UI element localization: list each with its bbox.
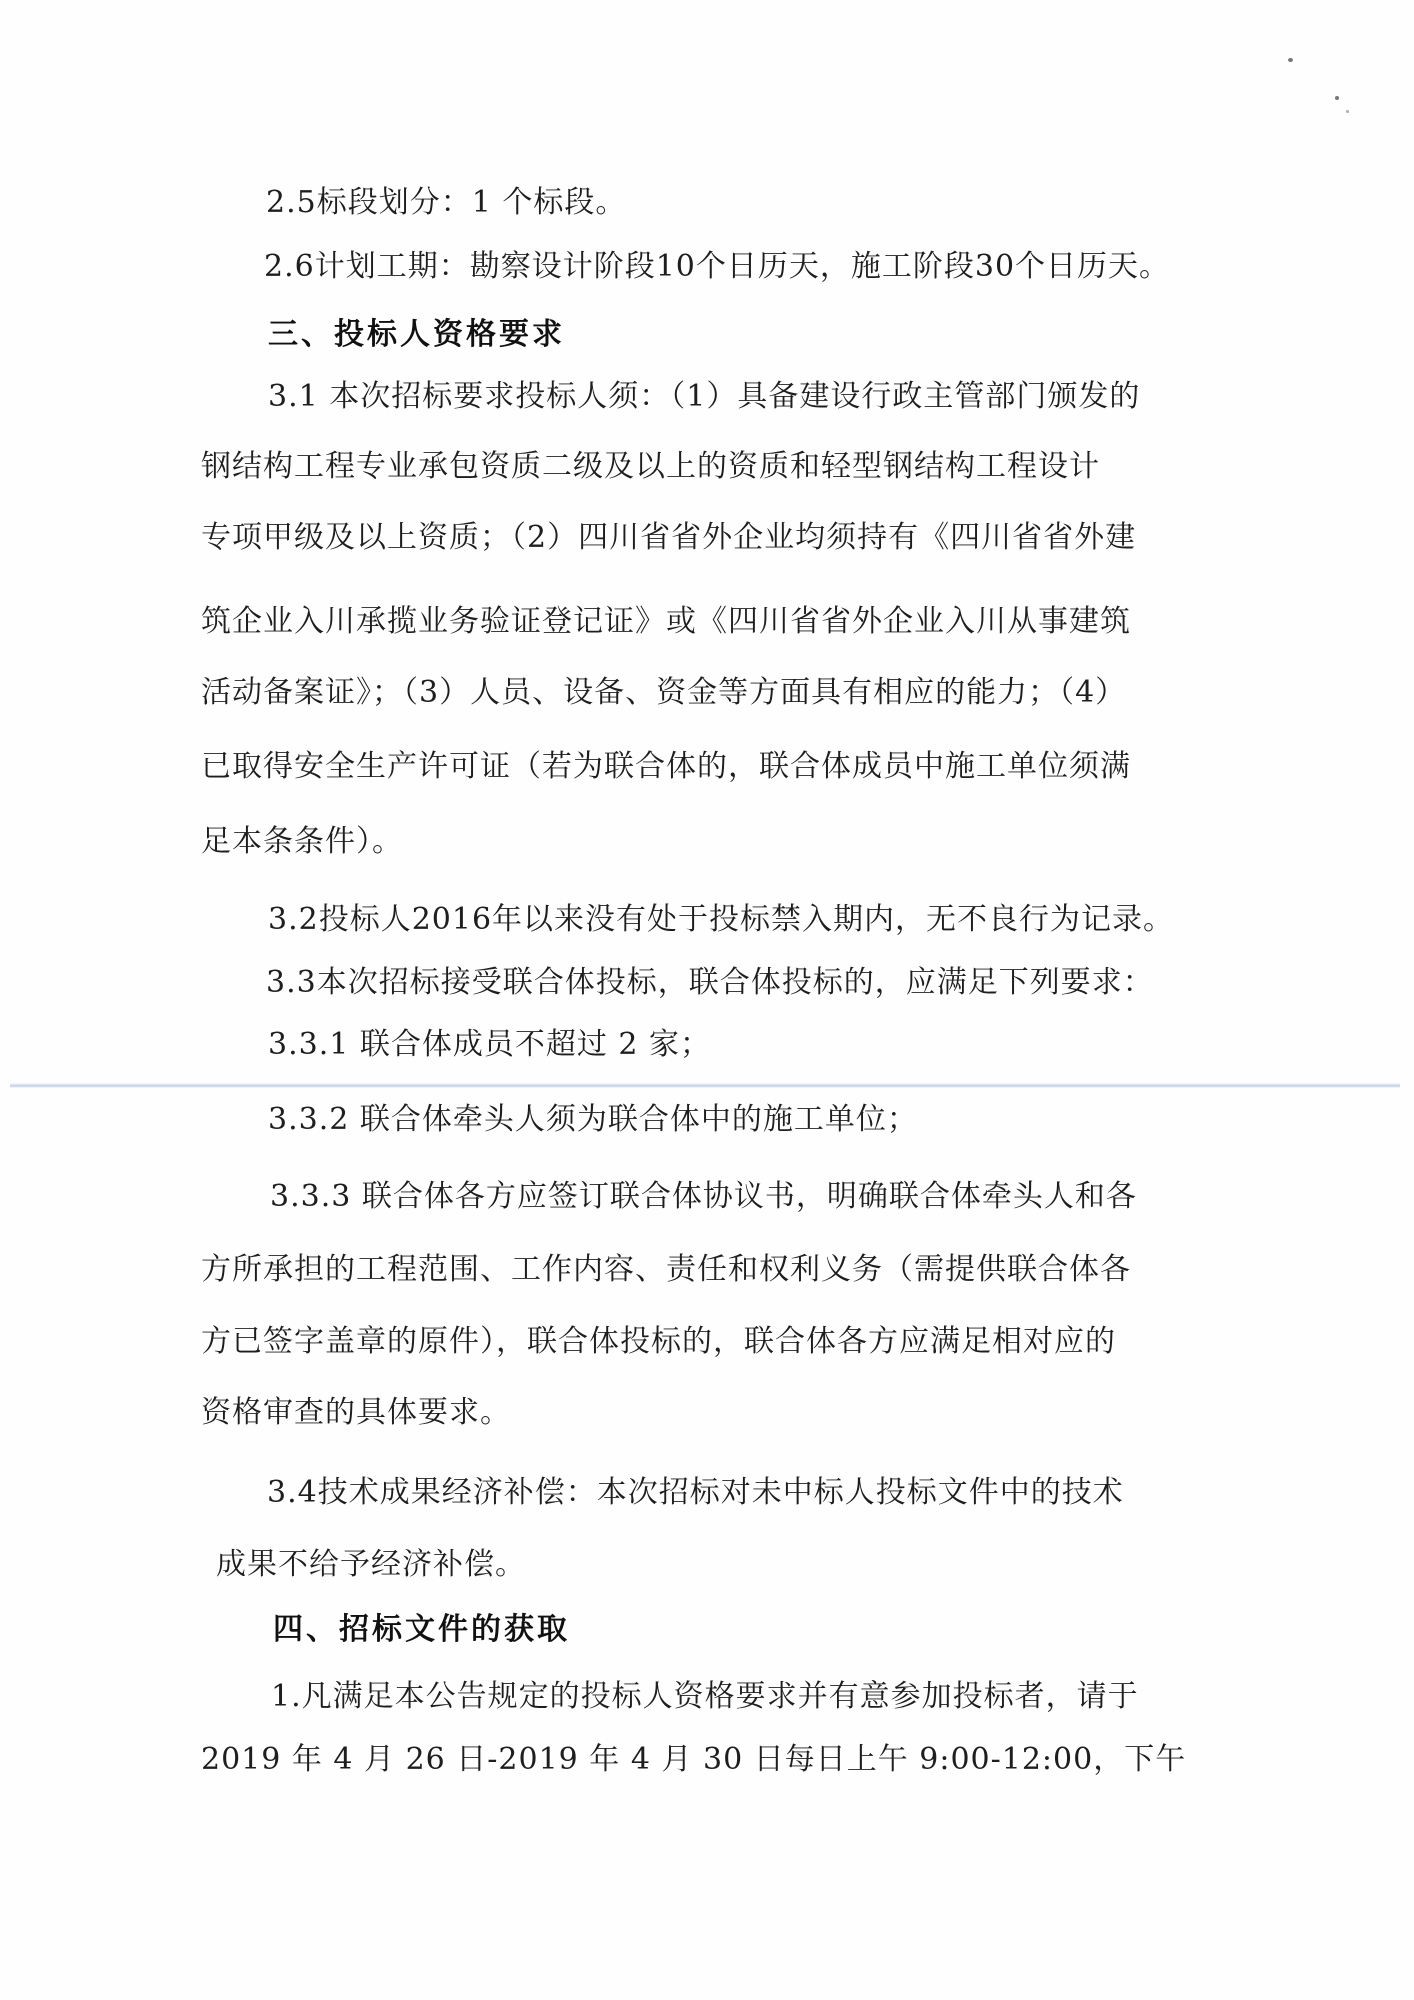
item-3-3-3-line-3: 方已签字盖章的原件），联合体投标的，联合体各方应满足相对应的 — [201, 1324, 1116, 1360]
item-3-3-2: 3.3.2 联合体牵头人须为联合体中的施工单位； — [268, 1102, 918, 1138]
item-3-3-3-line-4: 资格审查的具体要求。 — [201, 1395, 511, 1431]
document-page: 2.5标段划分：1 个标段。 2.6计划工期：勘察设计阶段10个日历天，施工阶段… — [0, 0, 1414, 2000]
item-2-5-lot-division: 2.5标段划分：1 个标段。 — [266, 185, 626, 221]
section-4-heading: 四、招标文件的获取 — [273, 1612, 570, 1648]
item-3-1-line-3: 专项甲级及以上资质；（2）四川省省外企业均须持有《四川省省外建 — [201, 520, 1136, 556]
item-3-3-3-line-2: 方所承担的工程范围、工作内容、责任和权利义务（需提供联合体各 — [201, 1252, 1131, 1288]
item-3-4-line-2: 成果不给予经济补偿。 — [216, 1547, 526, 1583]
scan-speck — [1288, 58, 1293, 62]
item-3-1-line-6: 已取得安全生产许可证（若为联合体的，联合体成员中施工单位须满 — [201, 749, 1131, 785]
item-3-2: 3.2投标人2016年以来没有处于投标禁入期内，无不良行为记录。 — [268, 902, 1174, 938]
item-3-1-line-1: 3.1 本次招标要求投标人须：（1）具备建设行政主管部门颁发的 — [268, 379, 1140, 415]
item-3-1-line-2: 钢结构工程专业承包资质二级及以上的资质和轻型钢结构工程设计 — [201, 449, 1100, 485]
item-2-6-schedule: 2.6计划工期：勘察设计阶段10个日历天，施工阶段30个日历天。 — [264, 249, 1170, 285]
scan-artifact-line — [10, 1083, 1400, 1088]
item-3-3: 3.3本次招标接受联合体投标，联合体投标的，应满足下列要求： — [266, 965, 1154, 1001]
item-3-4-line-1: 3.4技术成果经济补偿：本次招标对未中标人投标文件中的技术 — [267, 1475, 1124, 1511]
item-3-1-line-7: 足本条条件）。 — [201, 824, 403, 860]
item-4-1-line-1: 1.凡满足本公告规定的投标人资格要求并有意参加投标者，请于 — [271, 1679, 1139, 1715]
item-3-1-line-4: 筑企业入川承揽业务验证登记证》或《四川省省外企业入川从事建筑 — [201, 604, 1131, 640]
scan-speck — [1346, 110, 1349, 113]
item-3-3-1: 3.3.1 联合体成员不超过 2 家； — [268, 1027, 711, 1063]
item-3-1-line-5: 活动备案证》；（3）人员、设备、资金等方面具有相应的能力；（4） — [201, 675, 1126, 711]
item-4-1-line-2: 2019 年 4 月 26 日-2019 年 4 月 30 日每日上午 9:00… — [201, 1742, 1186, 1778]
section-3-heading: 三、投标人资格要求 — [268, 317, 565, 353]
item-3-3-3-line-1: 3.3.3 联合体各方应签订联合体协议书，明确联合体牵头人和各 — [270, 1179, 1137, 1215]
scan-speck — [1335, 96, 1339, 100]
